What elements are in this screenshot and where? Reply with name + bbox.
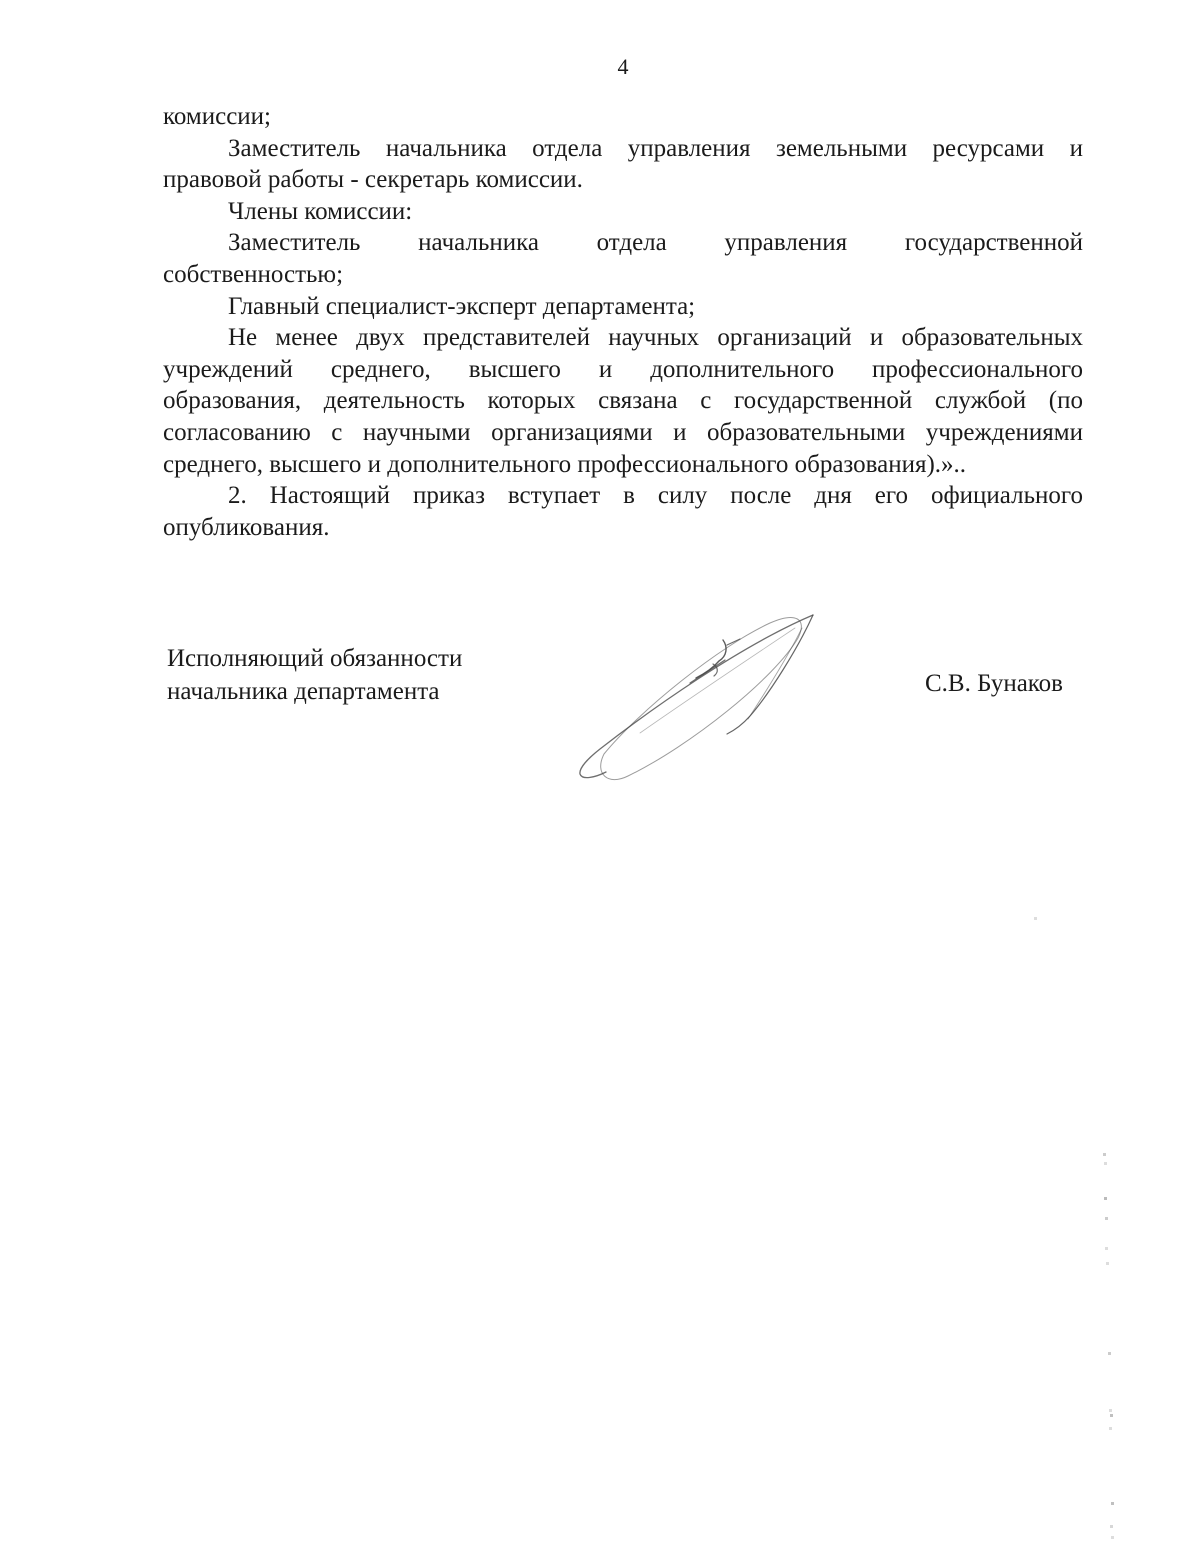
scan-speck: [1034, 917, 1037, 920]
paragraph-line: согласованию с научными организациями и …: [163, 417, 1083, 449]
signer-title-line: начальника департамента: [167, 675, 462, 708]
handwritten-signature-icon: [570, 598, 820, 793]
paragraph-line: среднего, высшего и дополнительного проф…: [163, 449, 1083, 481]
signer-name: С.В. Бунаков: [925, 668, 1063, 699]
paragraph-line: опубликования.: [163, 512, 1083, 544]
scan-speck: [1108, 1352, 1111, 1355]
scan-speck: [1111, 1536, 1114, 1539]
signer-title-line: Исполняющий обязанности: [167, 642, 462, 675]
scan-speck: [1106, 1262, 1109, 1265]
paragraph-line: Члены комиссии:: [163, 196, 1083, 228]
document-body: комиссии; Заместитель начальника отдела …: [163, 101, 1083, 543]
paragraph-line: Не менее двух представителей научных орг…: [163, 322, 1083, 354]
scan-speck: [1111, 1502, 1114, 1505]
scan-speck: [1110, 1525, 1113, 1528]
paragraph-line: собственностью;: [163, 259, 1083, 291]
scan-speck: [1105, 1247, 1108, 1250]
scan-speck: [1109, 1409, 1112, 1412]
page-number: 4: [163, 54, 1083, 80]
paragraph-line: Заместитель начальника отдела управления…: [163, 227, 1083, 259]
paragraph-line: Заместитель начальника отдела управления…: [163, 133, 1083, 165]
signer-title: Исполняющий обязанности начальника депар…: [167, 642, 462, 708]
scan-speck: [1105, 1217, 1108, 1220]
paragraph-line: комиссии;: [163, 101, 1083, 133]
scan-speck: [1110, 1414, 1113, 1417]
scan-speck: [1104, 1197, 1107, 1200]
document-page: 4 комиссии; Заместитель начальника отдел…: [0, 0, 1200, 1553]
paragraph-line: Главный специалист-эксперт департамента;: [163, 291, 1083, 323]
scan-speck: [1109, 1427, 1112, 1430]
paragraph-line: учреждений среднего, высшего и дополните…: [163, 354, 1083, 386]
paragraph-line: правовой работы - секретарь комиссии.: [163, 164, 1083, 196]
paragraph-line: 2. Настоящий приказ вступает в силу посл…: [163, 480, 1083, 512]
paragraph-line: образования, деятельность которых связан…: [163, 385, 1083, 417]
scan-speck: [1104, 1162, 1107, 1165]
scan-speck: [1103, 1153, 1106, 1156]
